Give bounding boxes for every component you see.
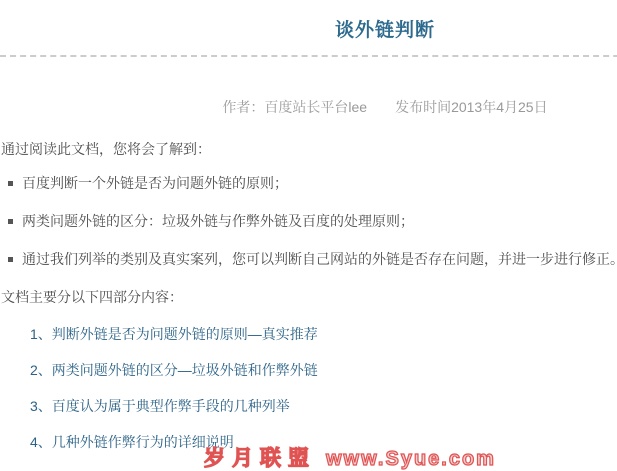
square-bullet-icon (8, 181, 13, 186)
list-item: 两类问题外链的区分：垃圾外链与作弊外链及百度的处理原则； (8, 212, 617, 230)
toc-item-2[interactable]: 2、两类问题外链的区分—垃圾外链和作弊外链 (30, 361, 617, 379)
toc-link-1[interactable]: 1、判断外链是否为问题外链的原则—真实推荐 (30, 326, 318, 342)
square-bullet-icon (8, 257, 13, 262)
toc-lead-text: 文档主要分以下四部分内容： (0, 288, 617, 306)
watermark-site-url: www.Syue.com (326, 448, 496, 470)
list-item: 通过我们列举的类别及真实案列，您可以判断自己网站的外链是否存在问题，并进一步进行… (8, 250, 617, 268)
article-page: 谈外链判断 作者：百度站长平台lee发布时间2013年4月25日 通过阅读此文档… (0, 0, 617, 451)
square-bullet-icon (8, 219, 13, 224)
bullet-text: 百度判断一个外链是否为问题外链的原则； (22, 174, 288, 192)
summary-bullet-list: 百度判断一个外链是否为问题外链的原则； 两类问题外链的区分：垃圾外链与作弊外链及… (0, 174, 617, 268)
bullet-text: 通过我们列举的类别及真实案列，您可以判断自己网站的外链是否存在问题，并进一步进行… (22, 250, 617, 268)
article-meta: 作者：百度站长平台lee发布时间2013年4月25日 (0, 98, 617, 116)
bullet-text: 两类问题外链的区分：垃圾外链与作弊外链及百度的处理原则； (22, 212, 414, 230)
list-item: 百度判断一个外链是否为问题外链的原则； (8, 174, 617, 192)
watermark-site-name: 岁月联盟 (204, 447, 316, 470)
intro-text: 通过阅读此文档，您将会了解到： (0, 140, 617, 158)
watermark: 岁月联盟www.Syue.com (204, 442, 496, 471)
page-title: 谈外链判断 (0, 0, 617, 40)
publish-date-label: 发布时间2013年4月25日 (395, 99, 548, 115)
toc-item-1[interactable]: 1、判断外链是否为问题外链的原则—真实推荐 (30, 325, 617, 343)
toc-list: 1、判断外链是否为问题外链的原则—真实推荐 2、两类问题外链的区分—垃圾外链和作… (0, 325, 617, 451)
toc-link-3[interactable]: 3、百度认为属于典型作弊手段的几种列举 (30, 398, 290, 414)
toc-item-3[interactable]: 3、百度认为属于典型作弊手段的几种列举 (30, 397, 617, 415)
toc-link-2[interactable]: 2、两类问题外链的区分—垃圾外链和作弊外链 (30, 362, 318, 378)
author-label: 作者：百度站长平台lee (222, 99, 367, 115)
dashed-divider (0, 55, 617, 57)
